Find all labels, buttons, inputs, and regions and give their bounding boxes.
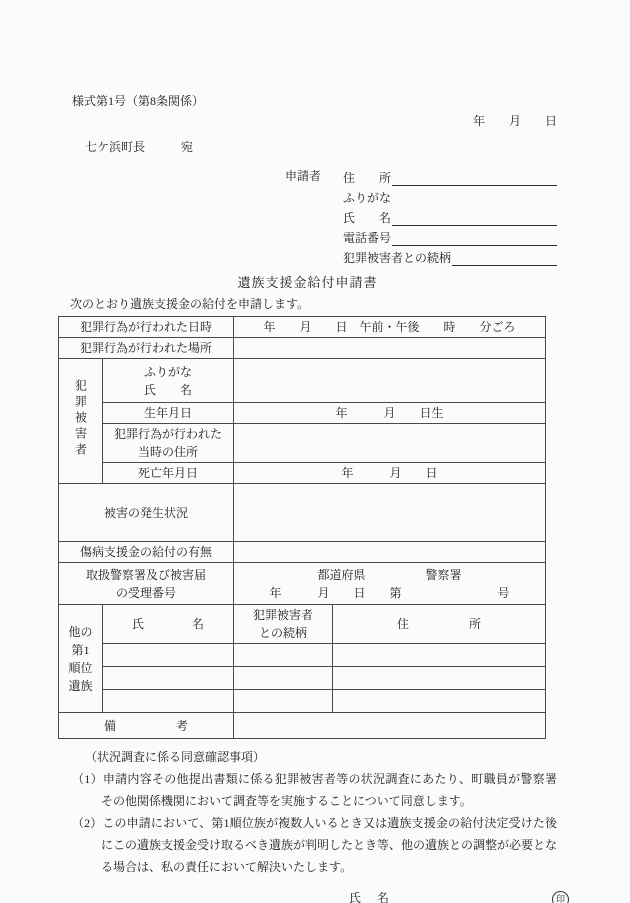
note-2-text: この申請において、第1順位族が複数人いるとき又は遺族支援金の給付決定受けた後にこ… [101,816,557,874]
application-table: 犯罪行為が行われた日時年 月 日 午前・午後 時 分ごろ 犯罪行為が行われた場所… [58,316,546,739]
victim-address-label: 犯罪行為が行われた 当時の住所 [103,424,234,463]
victim-section-header: 犯罪被害者 [59,359,103,484]
crime-location-label: 犯罪行為が行われた場所 [59,338,234,359]
phone-label: 電話番号 [343,231,391,246]
applicant-address-field: 住 所 [343,166,557,186]
remarks-input[interactable] [234,713,546,739]
address-blank[interactable] [392,171,557,186]
note-1-text: 申請内容その他提出書類に係る犯罪被害者等の状況調査にあたり、町職員が警察署その他… [101,772,557,808]
other-family-name-input[interactable] [103,644,234,667]
other-family-row [59,690,546,713]
crime-datetime-label: 犯罪行為が行われた日時 [59,317,234,338]
applicant-phone-field: 電話番号 [343,226,557,246]
applicant-label: 申請者 [285,166,321,184]
row-victim-birth: 生年月日年 月 日生 [59,403,546,424]
injury-benefit-input[interactable] [234,542,546,563]
victim-address-input[interactable] [234,424,546,463]
victim-death-value[interactable]: 年 月 日 [234,463,546,484]
police-station-value[interactable]: 都道府県 警察署 年 月 日 第 号 [234,563,546,605]
other-family-address-input[interactable] [333,690,546,713]
damage-situation-input[interactable] [234,484,546,542]
other-family-relation-input[interactable] [234,644,333,667]
furigana-label: ふりがな [343,191,391,206]
row-police-station: 取扱警察署及び被害届 の受理番号都道府県 警察署 年 月 日 第 号 [59,563,546,605]
victim-name-label: ふりがな 氏 名 [103,359,234,403]
row-victim-death: 死亡年月日年 月 日 [59,463,546,484]
applicant-name-field: 氏 名 [343,206,557,226]
victim-birth-label: 生年月日 [103,403,234,424]
injury-benefit-label: 傷病支援金の給付の有無 [59,542,234,563]
seal-mark-icon: 印 [552,891,569,903]
other-family-name-input[interactable] [103,667,234,690]
name-label: 氏 名 [343,211,391,226]
other-family-section-header: 他の 第1 順位 遺族 [59,605,103,713]
form-title: 遺族支援金給付申請書 [58,272,557,291]
crime-location-input[interactable] [234,338,546,359]
victim-name-input[interactable] [234,359,546,403]
date-line: 年 月 日 [58,112,557,129]
signature-row: 氏 名 印 [58,889,557,903]
note-item-1: （1）申請内容その他提出書類に係る犯罪被害者等の状況調査にあたり、町職員が警察署… [72,768,557,812]
signature-name-line[interactable]: 氏 名 [349,889,547,903]
victim-death-label: 死亡年月日 [103,463,234,484]
address-label: 住 所 [343,171,391,186]
other-family-col-name: 氏 名 [103,605,234,644]
consent-notes: （状況調査に係る同意確認事項） （1）申請内容その他提出書類に係る犯罪被害者等の… [58,746,557,878]
row-victim-address: 犯罪行為が行われた 当時の住所 [59,424,546,463]
victim-birth-value[interactable]: 年 月 日生 [234,403,546,424]
row-remarks: 備 考 [59,713,546,739]
other-family-row [59,644,546,667]
remarks-label: 備 考 [59,713,234,739]
phone-blank[interactable] [392,231,557,246]
note-2-number: （2） [72,816,102,830]
other-family-col-relation: 犯罪被害者 との続柄 [234,605,333,644]
other-family-address-input[interactable] [333,667,546,690]
application-form-page: 様式第1号（第8条関係） 年 月 日 七ケ浜町長 宛 申請者 住 所 ふりがな … [0,0,630,903]
row-damage-situation: 被害の発生状況 [59,484,546,542]
form-number: 様式第1号（第8条関係） [72,92,557,109]
row-crime-datetime: 犯罪行為が行われた日時年 月 日 午前・午後 時 分ごろ [59,317,546,338]
relation-label: 犯罪被害者との続柄 [343,251,451,266]
applicant-block: 申請者 住 所 ふりがな 氏 名 電話番号 犯罪被害者との続柄 [285,166,557,266]
damage-situation-label: 被害の発生状況 [59,484,234,542]
other-family-address-input[interactable] [333,644,546,667]
note-1-number: （1） [72,772,103,786]
name-blank[interactable] [392,211,557,226]
other-family-relation-input[interactable] [234,667,333,690]
row-victim-name: 犯罪被害者ふりがな 氏 名 [59,359,546,403]
relation-blank[interactable] [452,251,557,266]
row-other-family-header: 他の 第1 順位 遺族氏 名犯罪被害者 との続柄住 所 [59,605,546,644]
other-family-col-address: 住 所 [333,605,546,644]
note-item-2: （2）この申請において、第1順位族が複数人いるとき又は遺族支援金の給付決定受けた… [72,812,557,878]
victim-vertical-label: 犯罪被害者 [75,379,87,459]
addressee-line: 七ケ浜町長 宛 [85,138,557,155]
applicant-furigana-field: ふりがな [343,186,557,206]
notes-heading: （状況調査に係る同意確認事項） [85,746,557,768]
row-crime-location: 犯罪行為が行われた場所 [59,338,546,359]
row-injury-benefit: 傷病支援金の給付の有無 [59,542,546,563]
intro-text: 次のとおり遺族支援金の給付を申請します。 [58,295,557,312]
other-family-relation-input[interactable] [234,690,333,713]
other-family-row [59,667,546,690]
other-family-name-input[interactable] [103,690,234,713]
applicant-relation-field: 犯罪被害者との続柄 [343,246,557,266]
crime-datetime-value[interactable]: 年 月 日 午前・午後 時 分ごろ [234,317,546,338]
applicant-fields: 住 所 ふりがな 氏 名 電話番号 犯罪被害者との続柄 [343,166,557,266]
police-station-label: 取扱警察署及び被害届 の受理番号 [59,563,234,605]
